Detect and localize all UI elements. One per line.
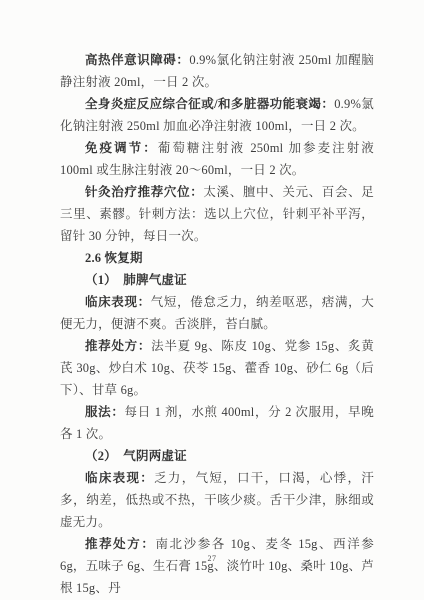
paragraph-label: 推荐处方： [85,537,155,551]
paragraph-label: 服法： [85,405,125,419]
para-clinical-manifestation-1: 临床表现：气短，倦怠乏力，纳差呕恶，痞满，大便无力，便溏不爽。舌淡胖，苔白腻。 [60,291,374,335]
paragraph-label: 高热伴意识障碍： [85,53,189,67]
para-sirs-organ-failure-treatment: 全身炎症反应综合征或/和多脏器功能衰竭：0.9%氯化钠注射液 250ml 加血必… [60,93,374,137]
paragraph-label: 免疫调节： [85,141,158,155]
para-administration-method-1: 服法：每日 1 剂，水煎 400ml，分 2 次服用，早晚各 1 次。 [60,401,374,445]
para-recommended-prescription-1: 推荐处方：法半夏 9g、陈皮 10g、党参 15g、炙黄芪 30g、炒白术 10… [60,335,374,401]
page-number: 27 [0,554,424,563]
para-recommended-prescription-2: 推荐处方：南北沙参各 10g、麦冬 15g、西洋参 6g，五味子 6g、生石膏 … [60,533,374,599]
paragraph-label: 2.6 恢复期 [85,251,143,265]
para-clinical-manifestation-2: 临床表现：乏力，气短，口干，口渴，心悸，汗多，纳差，低热或不热，干咳少痰。舌干少… [60,467,374,533]
paragraph-label: 针灸治疗推荐穴位： [85,185,203,199]
para-acupuncture-recommendation: 针灸治疗推荐穴位：太溪、膻中、关元、百会、足三里、素髎。针刺方法：选以上穴位，针… [60,181,374,247]
paragraph-label: 全身炎症反应综合征或/和多脏器功能衰竭： [85,97,334,111]
paragraph-label: 临床表现： [85,295,151,309]
document-page: 高热伴意识障碍：0.9%氯化钠注射液 250ml 加醒脑静注射液 20ml，一日… [0,0,424,600]
heading-recovery-period: 2.6 恢复期 [60,247,374,269]
paragraph-label: 推荐处方： [85,339,151,353]
heading-syndrome-lung-spleen-qi-deficiency: （1） 肺脾气虚证 [60,269,374,291]
paragraph-label: （2） 气阴两虚证 [85,449,187,463]
paragraph-label: （1） 肺脾气虚证 [85,273,187,287]
heading-syndrome-qi-yin-deficiency: （2） 气阴两虚证 [60,445,374,467]
paragraph-label: 临床表现： [85,471,154,485]
document-content: 高热伴意识障碍：0.9%氯化钠注射液 250ml 加醒脑静注射液 20ml，一日… [60,49,374,599]
para-immune-regulation: 免疫调节：葡萄糖注射液 250ml 加参麦注射液 100ml 或生脉注射液 20… [60,137,374,181]
para-high-fever-treatment: 高热伴意识障碍：0.9%氯化钠注射液 250ml 加醒脑静注射液 20ml，一日… [60,49,374,93]
